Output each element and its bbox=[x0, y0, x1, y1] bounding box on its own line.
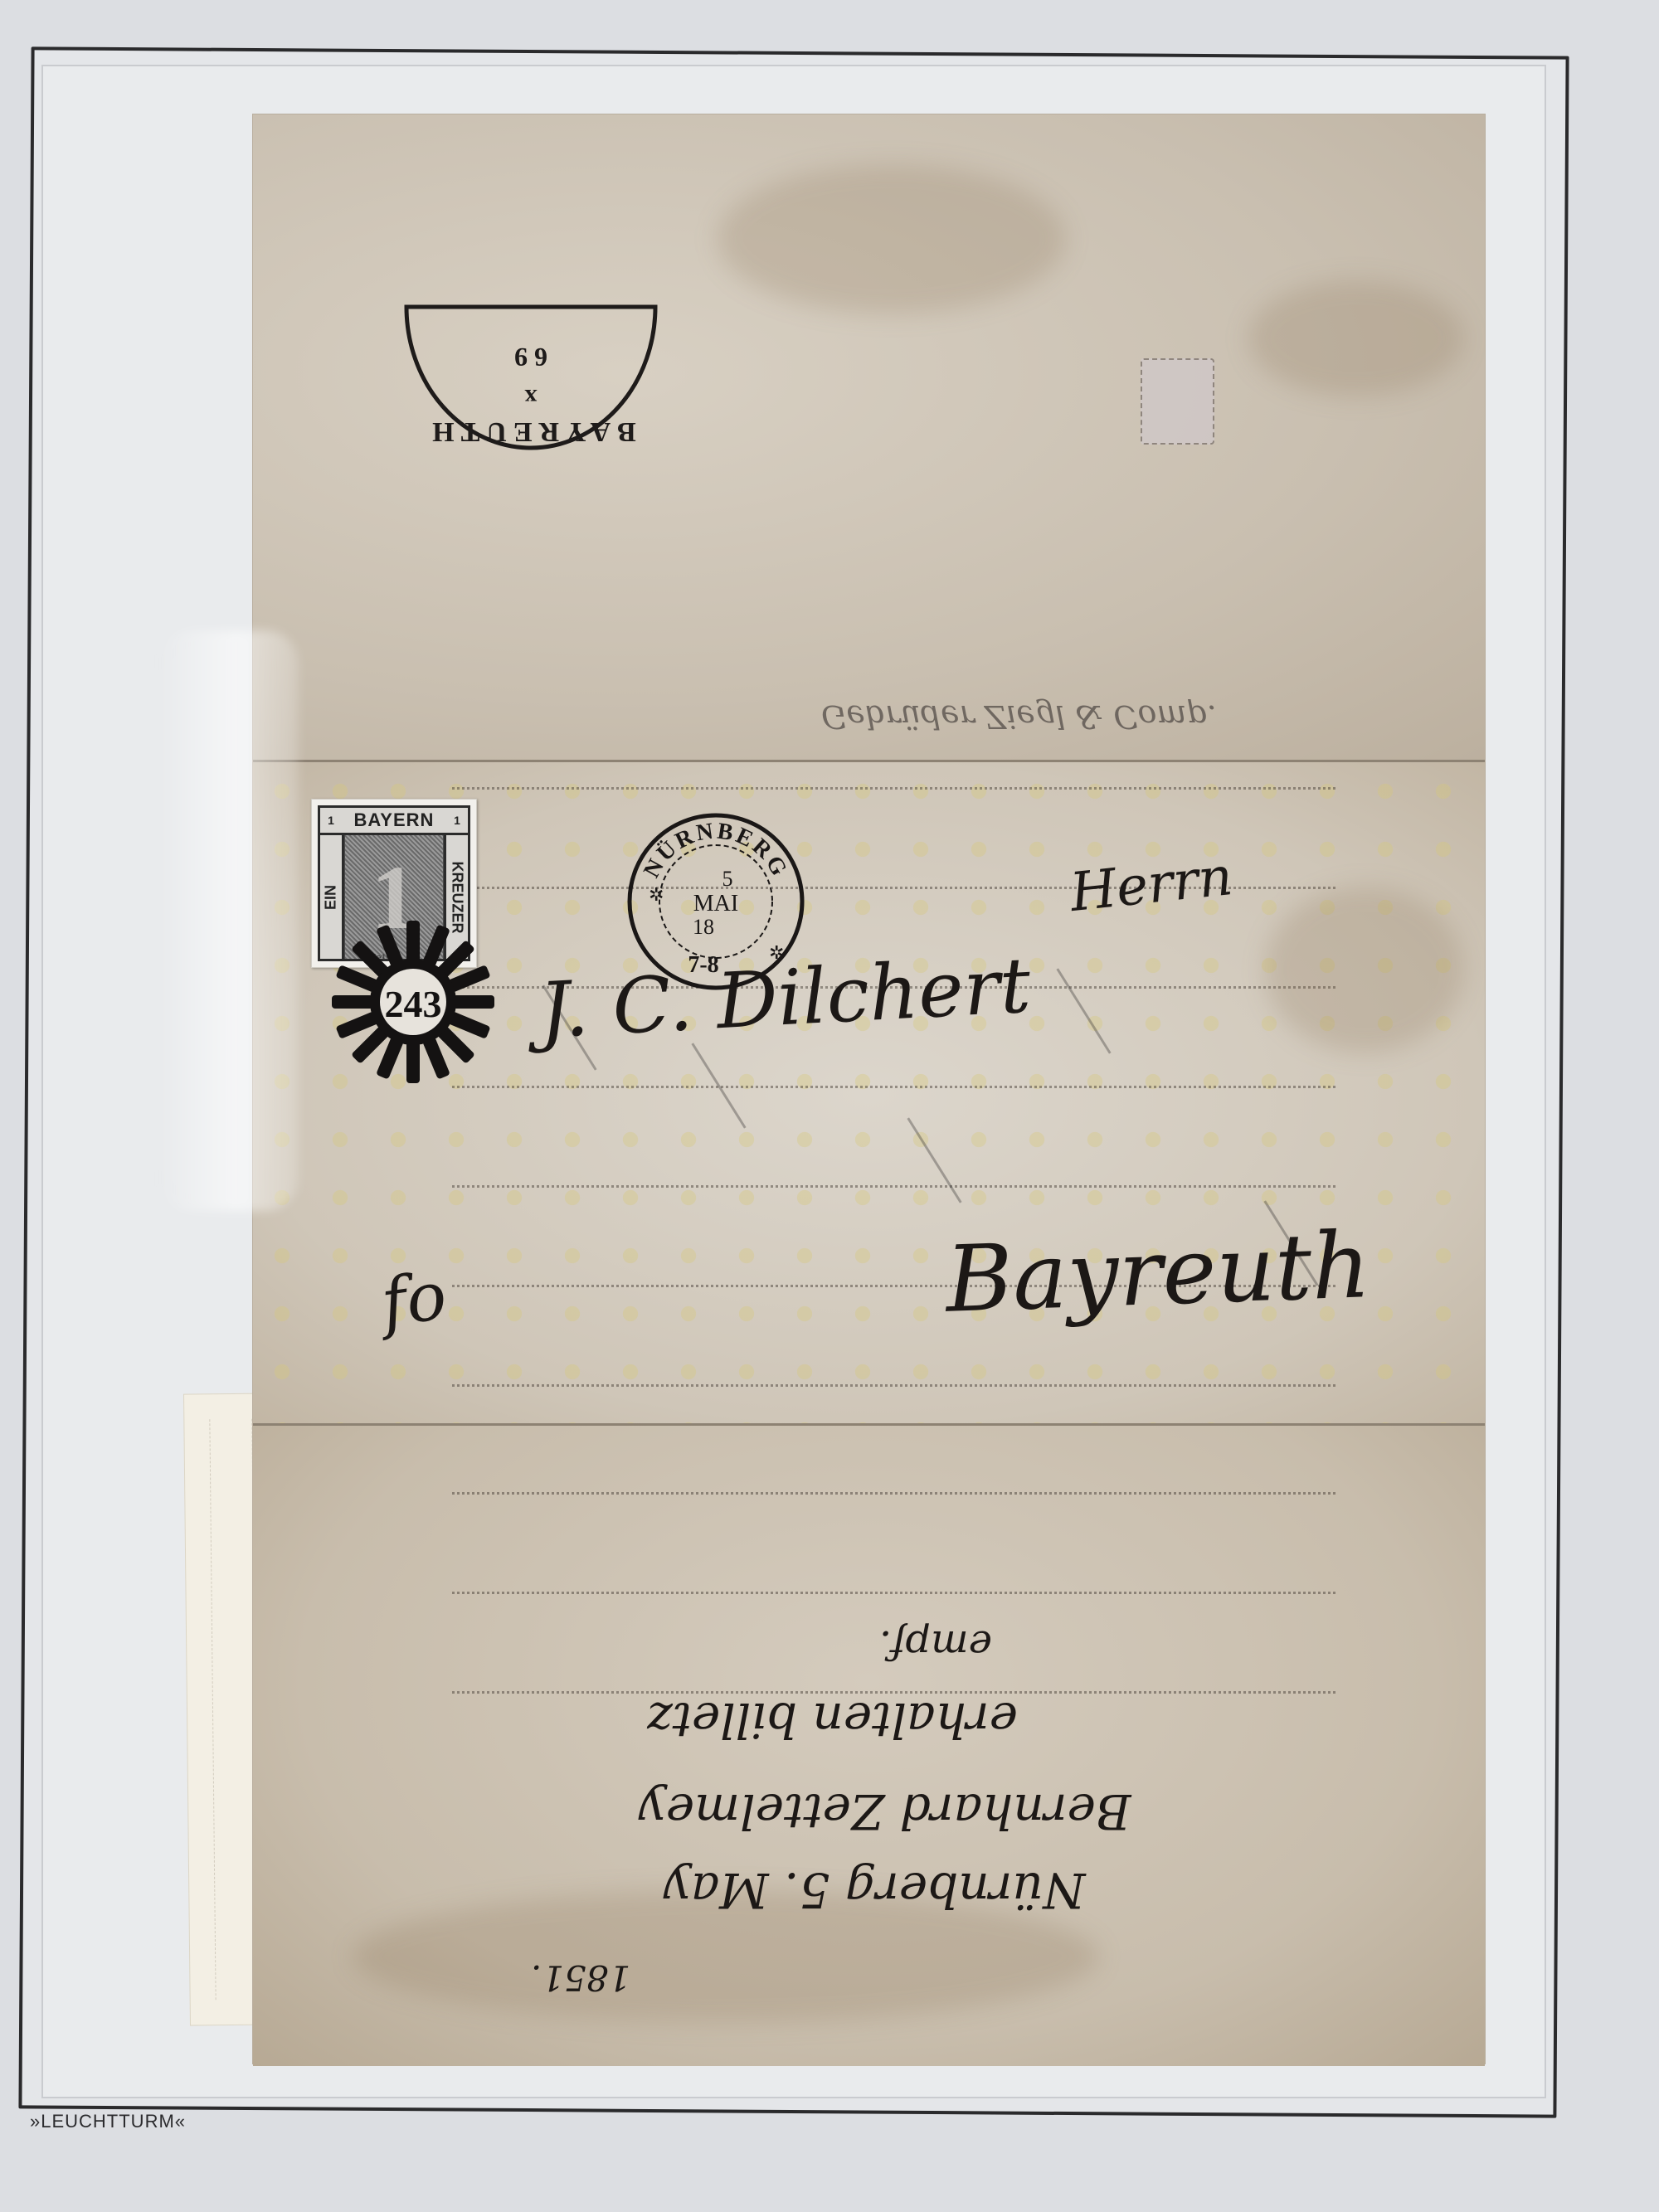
svg-text:18: 18 bbox=[693, 915, 714, 939]
album-brand-label: »LEUCHTTURM« bbox=[30, 2111, 186, 2132]
bleed-through-stroke bbox=[907, 1117, 961, 1203]
svg-text:BAYREUTH: BAYREUTH bbox=[426, 416, 636, 447]
bleed-through-line bbox=[452, 1086, 1335, 1088]
svg-text:7-8: 7-8 bbox=[688, 952, 718, 978]
stamp-corner-numeral: 1 bbox=[322, 811, 340, 829]
bleed-through-line bbox=[452, 1185, 1335, 1188]
inverted-docket-line: Bernhard Zettelmey bbox=[639, 1783, 1131, 1840]
stamp-left-text: EIN bbox=[323, 884, 340, 909]
bleed-through-line bbox=[452, 1384, 1335, 1387]
inverted-docket-line: 1851. bbox=[531, 1957, 630, 1998]
mill-wheel-cancel: 243 bbox=[330, 919, 496, 1085]
inverted-docket-line: Nürnberg 5. May bbox=[664, 1862, 1085, 1918]
stain bbox=[1248, 280, 1464, 396]
bleed-through-line bbox=[452, 1592, 1335, 1594]
svg-text:MAI: MAI bbox=[693, 891, 738, 916]
bleed-through-line bbox=[452, 787, 1335, 790]
bayreuth-halfcircle-postmark: x 6 9 BAYREUTH bbox=[390, 290, 672, 473]
franco-mark: fo bbox=[377, 1257, 451, 1342]
stain bbox=[1265, 887, 1464, 1053]
address-city: Bayreuth bbox=[944, 1212, 1372, 1333]
stain bbox=[718, 164, 1066, 314]
svg-text:243: 243 bbox=[385, 983, 442, 1025]
faint-mirrored-header: Gebrüder Ziegl & Comp. bbox=[821, 698, 1217, 735]
svg-text:NÜRNBERG: NÜRNBERG bbox=[639, 818, 793, 882]
insert-card-guide-lines bbox=[209, 1419, 258, 2001]
sleeve-glare bbox=[158, 630, 299, 1211]
svg-text:✲: ✲ bbox=[769, 943, 784, 964]
stamp-corner-numeral: 1 bbox=[448, 811, 466, 829]
bleed-through-line bbox=[452, 1492, 1335, 1495]
stamp-top-band: BAYERN bbox=[320, 808, 468, 835]
bleed-through-stroke bbox=[1056, 968, 1111, 1053]
svg-text:5: 5 bbox=[722, 867, 733, 891]
stamp-country: BAYERN bbox=[354, 809, 435, 831]
seal-imprint bbox=[1141, 358, 1214, 445]
svg-text:6 9: 6 9 bbox=[514, 343, 547, 372]
inverted-docket-line: erhalten billetz bbox=[647, 1692, 1018, 1748]
inverted-docket-line: empf. bbox=[879, 1621, 992, 1668]
nurnberg-cds-postmark: NÜRNBERG 5 MAI 18 7-8 ✲ ✲ bbox=[624, 809, 808, 994]
svg-text:✲: ✲ bbox=[649, 885, 664, 906]
svg-text:x: x bbox=[525, 384, 538, 411]
